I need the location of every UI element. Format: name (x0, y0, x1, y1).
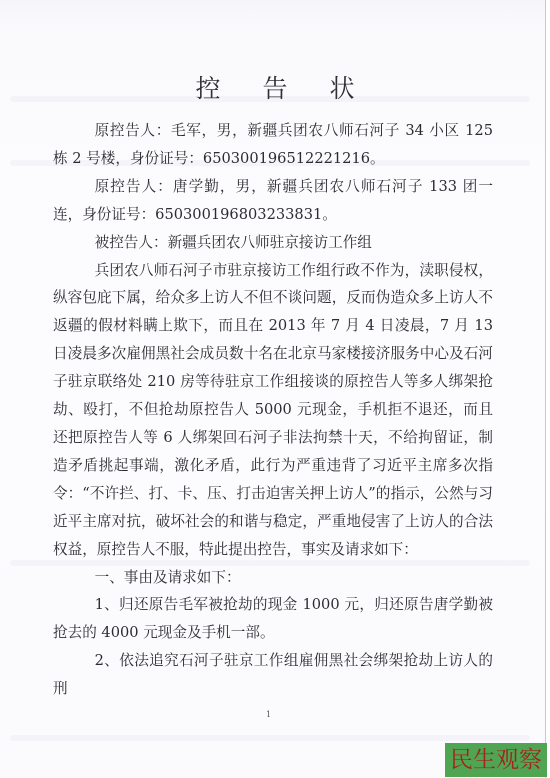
plaintiff-1-paragraph: 原控告人：毛军，男，新疆兵团农八师石河子 34 小区 125 栋 2 号楼，身份… (53, 117, 493, 173)
facts-paragraph: 兵团农八师石河子市驻京接访工作组行政不作为，渎职侵权，纵容包庇下属，给众多上访人… (53, 257, 493, 564)
document-title: 控 告 状 (0, 69, 550, 105)
page-edge (546, 0, 550, 778)
watermark-badge: 民生观察 (445, 743, 547, 777)
request-item-1: 1、归还原告毛军被抢劫的现金 1000 元，归还原告唐学勤被抢去的 4000 元… (53, 591, 493, 647)
defendant-paragraph: 被控告人：新疆兵团农八师驻京接访工作组 (53, 229, 493, 257)
page-number: 1 (266, 710, 271, 719)
plaintiff-2-paragraph: 原控告人：唐学勤，男，新疆兵团农八师石河子 133 团一连，身份证号：65030… (53, 173, 493, 229)
section-heading: 一、事由及请求如下： (53, 564, 493, 592)
document-page: 控 告 状 原控告人：毛军，男，新疆兵团农八师石河子 34 小区 125 栋 2… (0, 0, 546, 778)
scan-artifact (10, 735, 530, 741)
request-item-2: 2、依法追究石河子驻京工作组雇佣黑社会绑架抢劫上访人的刑 (53, 647, 493, 703)
document-body: 原控告人：毛军，男，新疆兵团农八师石河子 34 小区 125 栋 2 号楼，身份… (53, 117, 493, 703)
